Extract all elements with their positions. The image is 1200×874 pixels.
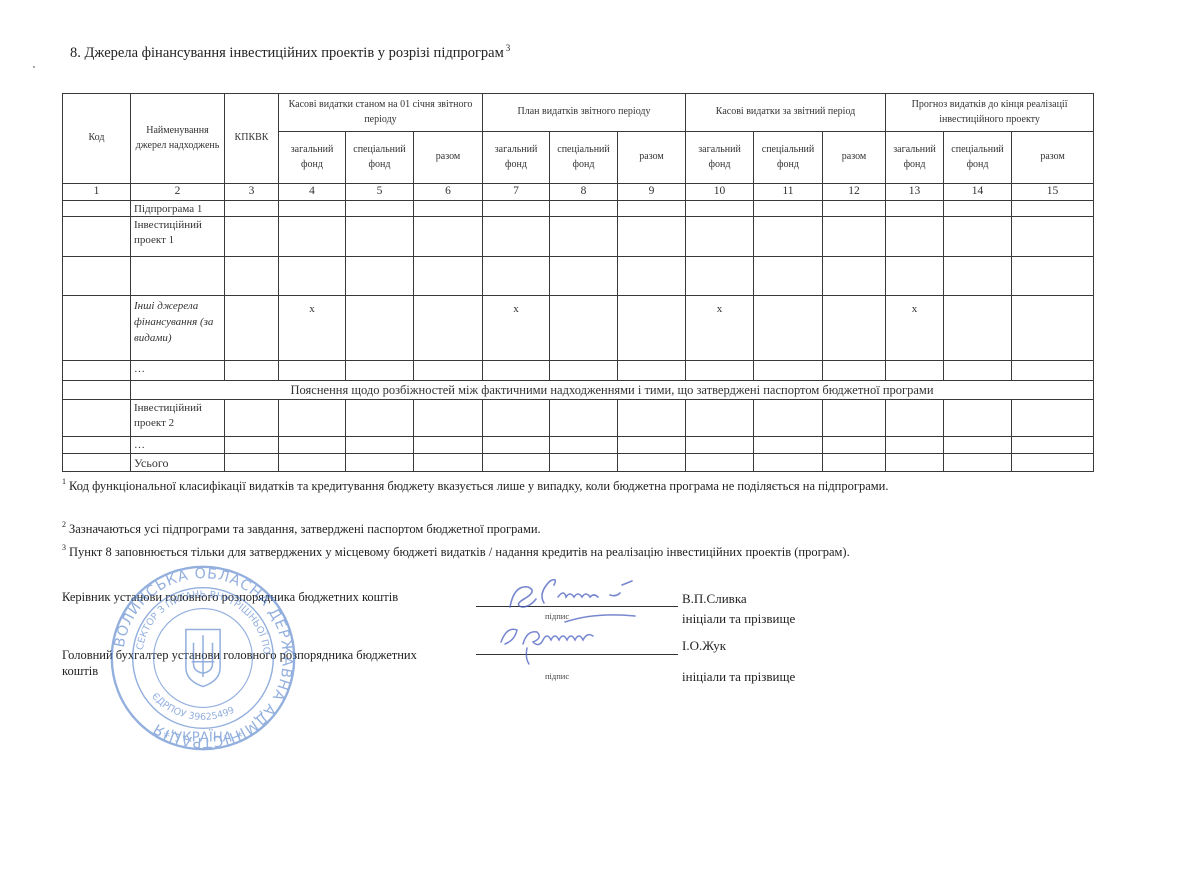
header-sub-total: разом: [823, 132, 886, 184]
header-sub-special: спеціальний фонд: [346, 132, 414, 184]
cell-value-col-5[interactable]: [346, 361, 414, 381]
cell-value-col-11[interactable]: [754, 400, 823, 437]
cell-value-col-14[interactable]: [944, 400, 1012, 437]
cell-source-name: Усього: [131, 454, 225, 472]
cell-value-col-4[interactable]: [279, 200, 346, 217]
cell-code[interactable]: [63, 200, 131, 217]
cell-value-col-7[interactable]: [483, 200, 550, 217]
discrepancy-explanation: Пояснення щодо розбіжностей між фактични…: [131, 381, 1094, 400]
cell-value-col-7[interactable]: [483, 257, 550, 296]
cell-value-col-4[interactable]: [279, 217, 346, 257]
cell-value-col-6[interactable]: [414, 200, 483, 217]
cell-value-col-9[interactable]: [618, 296, 686, 361]
header-code: Код: [63, 94, 131, 184]
cell-kpkvk[interactable]: [225, 437, 279, 454]
header-sub-general: загальний фонд: [686, 132, 754, 184]
cell-value-col-10[interactable]: [686, 400, 754, 437]
column-number: 14: [944, 184, 1012, 201]
cell-value-col-10[interactable]: [686, 437, 754, 454]
header-sub-total: разом: [414, 132, 483, 184]
cell-value-col-13[interactable]: [886, 217, 944, 257]
cell-value-col-15[interactable]: [1012, 454, 1094, 472]
column-number: 4: [279, 184, 346, 201]
cell-value-col-14[interactable]: [944, 217, 1012, 257]
section-title: 8. Джерела фінансування інвестиційних пр…: [70, 43, 510, 62]
cell-code[interactable]: [63, 257, 131, 296]
signature-1-scribble: [500, 575, 670, 615]
signature-caption: підпис: [545, 671, 569, 681]
explanation-row: Пояснення щодо розбіжностей між фактични…: [63, 381, 1094, 400]
cell-value-col-14[interactable]: [944, 361, 1012, 381]
signature-2-scribble: [495, 612, 645, 667]
footnote-marker: 3: [62, 543, 66, 552]
column-number: 12: [823, 184, 886, 201]
signatory-name: І.О.Жук: [682, 638, 726, 654]
cell-value-col-9[interactable]: [618, 454, 686, 472]
cell-value-col-11[interactable]: [754, 257, 823, 296]
table-row: Інвестиційний проект 2: [63, 400, 1094, 437]
header-sub-general: загальний фонд: [886, 132, 944, 184]
cell-value-col-5[interactable]: [346, 200, 414, 217]
header-group-cash-period: Касові видатки за звітний період: [686, 94, 886, 132]
cell-value-col-13[interactable]: [886, 257, 944, 296]
cell-value-col-8[interactable]: [550, 437, 618, 454]
cell-value-col-12[interactable]: [823, 400, 886, 437]
column-number: 9: [618, 184, 686, 201]
cell-source-name: [131, 257, 225, 296]
footnote-marker: 1: [62, 477, 66, 486]
column-number: 2: [131, 184, 225, 201]
cell-value-col-8[interactable]: [550, 296, 618, 361]
header-sub-special: спеціальний фонд: [754, 132, 823, 184]
header-sub-total: разом: [1012, 132, 1094, 184]
header-row-groups: Код Найменування джерел надходжень КПКВК…: [63, 94, 1094, 132]
cell-value-col-8[interactable]: [550, 217, 618, 257]
footnote-text: Код функціональної класифікації видатків…: [69, 479, 888, 493]
cell-value-col-8[interactable]: [550, 200, 618, 217]
table-row: [63, 257, 1094, 296]
cell-value-col-8[interactable]: [550, 361, 618, 381]
cell-value-col-10[interactable]: [686, 361, 754, 381]
footnote-marker: 2: [62, 520, 66, 529]
cell-kpkvk[interactable]: [225, 217, 279, 257]
cell-source-name: …: [131, 361, 225, 381]
column-number: 6: [414, 184, 483, 201]
cell-value-col-6[interactable]: [414, 454, 483, 472]
cell-value-col-12[interactable]: [823, 200, 886, 217]
column-number: 10: [686, 184, 754, 201]
cell-code[interactable]: [63, 437, 131, 454]
cell-kpkvk[interactable]: [225, 361, 279, 381]
cell-value-col-15[interactable]: [1012, 200, 1094, 217]
name-caption: ініціали та прізвище: [682, 611, 795, 627]
cell-value-col-9[interactable]: [618, 361, 686, 381]
cell-value-col-12[interactable]: [823, 437, 886, 454]
cell-value-col-8[interactable]: [550, 454, 618, 472]
cell-value-col-7[interactable]: [483, 400, 550, 437]
header-kpkvk: КПКВК: [225, 94, 279, 184]
cell-value-col-9[interactable]: [618, 217, 686, 257]
cell-value-col-11[interactable]: [754, 217, 823, 257]
cell-code[interactable]: [63, 296, 131, 361]
name-caption: ініціали та прізвище: [682, 669, 795, 685]
cell-source-name: Підпрограма 1: [131, 200, 225, 217]
table-row: …: [63, 361, 1094, 381]
cell-value-col-9[interactable]: [618, 400, 686, 437]
cell-value-col-7[interactable]: [483, 454, 550, 472]
svg-text:* УКРАЇНА *: * УКРАЇНА *: [163, 728, 243, 746]
cell-value-col-4[interactable]: [279, 454, 346, 472]
cell-value-col-15[interactable]: [1012, 296, 1094, 361]
scan-speck: [33, 66, 35, 68]
column-number: 15: [1012, 184, 1094, 201]
header-sub-general: загальний фонд: [279, 132, 346, 184]
header-sub-special: спеціальний фонд: [550, 132, 618, 184]
cell-value-col-6[interactable]: [414, 217, 483, 257]
cell-source-name: Інші джерела фінансування (за видами): [131, 296, 225, 361]
cell-value-col-4[interactable]: [279, 257, 346, 296]
table-row: Інвестиційний проект 1: [63, 217, 1094, 257]
column-number: 8: [550, 184, 618, 201]
cell-value-col-14[interactable]: [944, 454, 1012, 472]
footnote-3: 3Пункт 8 заповнюється тільки для затверд…: [62, 543, 850, 560]
signatory-name: В.П.Сливка: [682, 591, 747, 607]
cell-value-col-15[interactable]: [1012, 361, 1094, 381]
cell-value-col-9[interactable]: [618, 437, 686, 454]
header-sub-general: загальний фонд: [483, 132, 550, 184]
cell-source-name: …: [131, 437, 225, 454]
cell-value-col-8[interactable]: [550, 400, 618, 437]
column-number-row: 123456789101112131415: [63, 184, 1094, 201]
cell-code: [63, 381, 131, 400]
column-number: 5: [346, 184, 414, 201]
cell-value-col-6[interactable]: [414, 361, 483, 381]
footnote-1: 1Код функціональної класифікації видаткі…: [62, 477, 888, 494]
cell-not-applicable-mark: x: [483, 296, 550, 361]
section-title-text: 8. Джерела фінансування інвестиційних пр…: [70, 45, 504, 61]
funding-sources-table: Код Найменування джерел надходжень КПКВК…: [62, 93, 1094, 472]
cell-value-col-10[interactable]: [686, 217, 754, 257]
cell-kpkvk[interactable]: [225, 200, 279, 217]
column-number: 7: [483, 184, 550, 201]
cell-kpkvk[interactable]: [225, 454, 279, 472]
cell-kpkvk[interactable]: [225, 400, 279, 437]
header-group-plan: План видатків звітного періоду: [483, 94, 686, 132]
cell-value-col-15[interactable]: [1012, 400, 1094, 437]
cell-value-col-12[interactable]: [823, 454, 886, 472]
cell-value-col-13[interactable]: [886, 454, 944, 472]
cell-value-col-6[interactable]: [414, 296, 483, 361]
footnote-text: Зазначаються усі підпрограми та завдання…: [69, 522, 541, 536]
cell-value-col-13[interactable]: [886, 361, 944, 381]
official-stamp: ВОЛИНСЬКА ОБЛАСНА ДЕРЖАВНА АДМІНІСТРАЦІЯ…: [108, 563, 298, 753]
cell-value-col-11[interactable]: [754, 437, 823, 454]
cell-value-col-9[interactable]: [618, 257, 686, 296]
table-row: …: [63, 437, 1094, 454]
cell-code[interactable]: [63, 361, 131, 381]
cell-value-col-12[interactable]: [823, 296, 886, 361]
cell-not-applicable-mark: x: [279, 296, 346, 361]
cell-value-col-9[interactable]: [618, 200, 686, 217]
cell-value-col-7[interactable]: [483, 217, 550, 257]
cell-value-col-13[interactable]: [886, 437, 944, 454]
cell-value-col-5[interactable]: [346, 400, 414, 437]
header-group-forecast: Прогноз видатків до кінця реалізації інв…: [886, 94, 1094, 132]
table-row: Підпрограма 1: [63, 200, 1094, 217]
cell-source-name: Інвестиційний проект 1: [131, 217, 225, 257]
cell-value-col-10[interactable]: [686, 257, 754, 296]
cell-source-name: Інвестиційний проект 2: [131, 400, 225, 437]
cell-value-col-12[interactable]: [823, 257, 886, 296]
header-sub-special: спеціальний фонд: [944, 132, 1012, 184]
cell-value-col-5[interactable]: [346, 257, 414, 296]
cell-code[interactable]: [63, 400, 131, 437]
footnote-text: Пункт 8 заповнюється тільки для затвердж…: [69, 545, 850, 559]
cell-value-col-10[interactable]: [686, 200, 754, 217]
column-number: 11: [754, 184, 823, 201]
column-number: 3: [225, 184, 279, 201]
cell-value-col-7[interactable]: [483, 361, 550, 381]
cell-value-col-14[interactable]: [944, 200, 1012, 217]
cell-value-col-5[interactable]: [346, 437, 414, 454]
cell-value-col-11[interactable]: [754, 296, 823, 361]
cell-code[interactable]: [63, 454, 131, 472]
cell-code[interactable]: [63, 217, 131, 257]
cell-value-col-14[interactable]: [944, 257, 1012, 296]
cell-value-col-7[interactable]: [483, 437, 550, 454]
cell-value-col-4[interactable]: [279, 400, 346, 437]
cell-value-col-11[interactable]: [754, 200, 823, 217]
cell-value-col-15[interactable]: [1012, 217, 1094, 257]
footnote-2: 2Зазначаються усі підпрограми та завданн…: [62, 520, 541, 537]
cell-value-col-13[interactable]: [886, 400, 944, 437]
cell-value-col-14[interactable]: [944, 437, 1012, 454]
cell-value-col-5[interactable]: [346, 217, 414, 257]
cell-value-col-4[interactable]: [279, 361, 346, 381]
cell-value-col-4[interactable]: [279, 437, 346, 454]
svg-text:ЄДРПОУ 39625499: ЄДРПОУ 39625499: [149, 691, 236, 723]
cell-value-col-14[interactable]: [944, 296, 1012, 361]
cell-value-col-11[interactable]: [754, 361, 823, 381]
footnote-mark: 3: [506, 43, 511, 53]
cell-value-col-6[interactable]: [414, 257, 483, 296]
cell-not-applicable-mark: x: [686, 296, 754, 361]
cell-value-col-6[interactable]: [414, 437, 483, 454]
cell-value-col-12[interactable]: [823, 217, 886, 257]
cell-kpkvk[interactable]: [225, 296, 279, 361]
cell-value-col-13[interactable]: [886, 200, 944, 217]
cell-not-applicable-mark: x: [886, 296, 944, 361]
cell-value-col-11[interactable]: [754, 454, 823, 472]
table-row: Інші джерела фінансування (за видами)xxx…: [63, 296, 1094, 361]
cell-value-col-15[interactable]: [1012, 437, 1094, 454]
cell-value-col-12[interactable]: [823, 361, 886, 381]
column-number: 13: [886, 184, 944, 201]
header-sub-total: разом: [618, 132, 686, 184]
cell-value-col-5[interactable]: [346, 296, 414, 361]
table-row: Усього: [63, 454, 1094, 472]
header-group-cash-jan1: Касові видатки станом на 01 січня звітно…: [279, 94, 483, 132]
cell-value-col-6[interactable]: [414, 400, 483, 437]
header-source-name: Найменування джерел надходжень: [131, 94, 225, 184]
cell-value-col-5[interactable]: [346, 454, 414, 472]
column-number: 1: [63, 184, 131, 201]
cell-value-col-8[interactable]: [550, 257, 618, 296]
cell-value-col-15[interactable]: [1012, 257, 1094, 296]
cell-value-col-10[interactable]: [686, 454, 754, 472]
cell-kpkvk[interactable]: [225, 257, 279, 296]
